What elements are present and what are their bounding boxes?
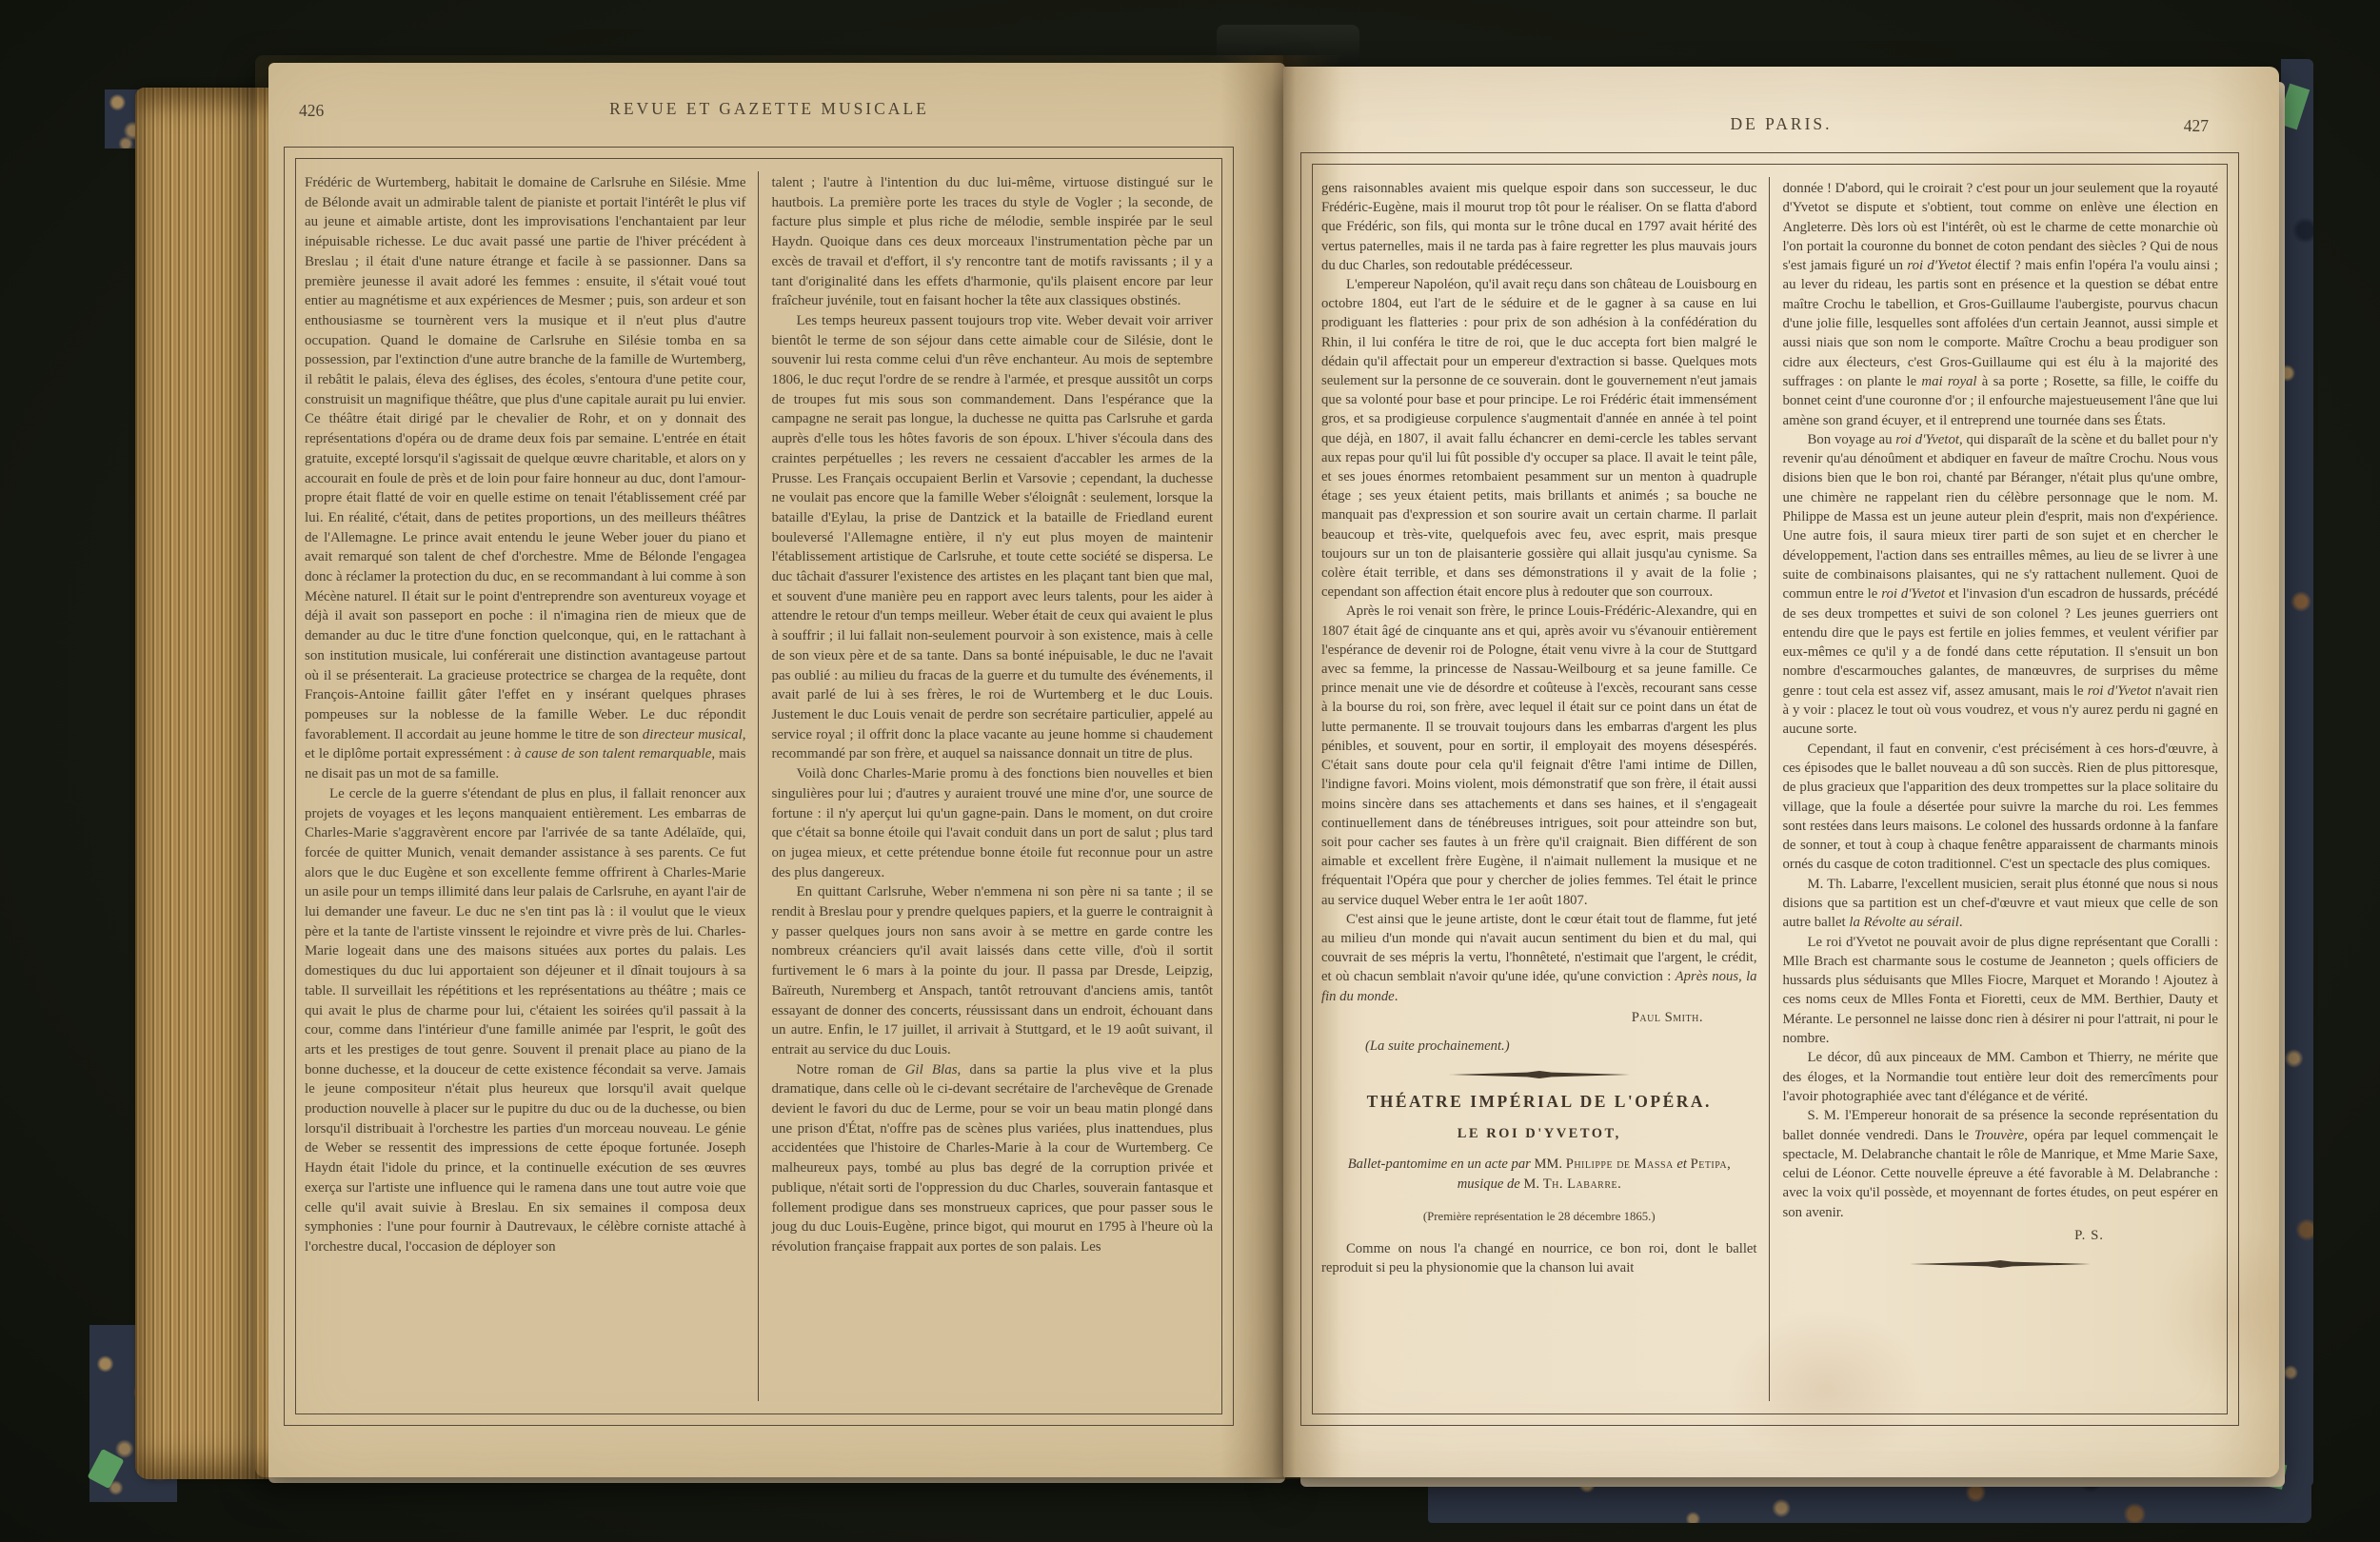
running-head-right: DE PARIS. xyxy=(1283,114,2279,134)
section-divider xyxy=(1449,1071,1630,1078)
paragraph: Voilà donc Charles-Marie promu à des fon… xyxy=(772,764,1214,882)
book-cover-edge xyxy=(2281,59,2313,1487)
paragraph: gens raisonnables avaient mis quelque es… xyxy=(1321,179,1757,275)
text-columns: gens raisonnables avaient mis quelque es… xyxy=(1318,177,2222,1401)
column-2: talent ; l'autre à l'intention du duc lu… xyxy=(758,171,1218,1401)
paragraph: Notre roman de Gil Blas, dans sa partie … xyxy=(772,1060,1214,1257)
article-venue-heading: THÉATRE IMPÉRIAL DE L'OPÉRA. xyxy=(1321,1092,1757,1111)
left-page: 426 REVUE ET GAZETTE MUSICALE Frédéric d… xyxy=(255,55,1283,1477)
article-credit-line: Ballet-pantomime en un acte par MM. Phil… xyxy=(1321,1156,1757,1175)
book-scan: 426 REVUE ET GAZETTE MUSICALE Frédéric d… xyxy=(0,0,2380,1542)
paragraph: Les temps heureux passent toujours trop … xyxy=(772,311,1214,764)
right-page: 427 DE PARIS. gens raisonnables avaient … xyxy=(1283,67,2279,1477)
column-1: gens raisonnables avaient mis quelque es… xyxy=(1318,177,1769,1401)
paragraph: donnée ! D'abord, qui le croirait ? c'es… xyxy=(1783,179,2219,430)
article-credit-line: musique de M. Th. Labarre. xyxy=(1321,1176,1757,1195)
paragraph: Le roi d'Yvetot ne pouvait avoir de plus… xyxy=(1783,933,2219,1049)
paragraph: Bon voyage au roi d'Yvetot, qui disparaî… xyxy=(1783,430,2219,740)
paragraph: Le décor, dû aux pinceaux de MM. Cambon … xyxy=(1783,1048,2219,1106)
paragraph: talent ; l'autre à l'intention du duc lu… xyxy=(772,173,1214,311)
author-signature: Paul Smith. xyxy=(1321,1008,1757,1027)
paragraph: C'est ainsi que le jeune artiste, dont l… xyxy=(1321,910,1757,1006)
running-head-left: REVUE ET GAZETTE MUSICALE xyxy=(255,99,1283,119)
article-header: THÉATRE IMPÉRIAL DE L'OPÉRA. LE ROI D'YV… xyxy=(1321,1092,1757,1226)
article-premiere-note: (Première représentation le 28 décembre … xyxy=(1321,1207,1757,1226)
paragraph: Le cercle de la guerre s'étendant de plu… xyxy=(305,784,746,1257)
author-signature: P. S. xyxy=(1783,1226,2219,1245)
paragraph: Frédéric de Wurtemberg, habitait le doma… xyxy=(305,173,746,784)
continuation-note: (La suite prochainement.) xyxy=(1321,1037,1757,1056)
paragraph: S. M. l'Empereur honorait de sa présence… xyxy=(1783,1106,2219,1222)
paragraph: En quittant Carlsruhe, Weber n'emmena ni… xyxy=(772,882,1214,1059)
paragraph: Cependant, il faut en convenir, c'est pr… xyxy=(1783,740,2219,875)
paragraph: Comme on nous l'a changé en nourrice, ce… xyxy=(1321,1239,1757,1277)
paragraph: Après le roi venait son frère, le prince… xyxy=(1321,602,1757,909)
column-2: donnée ! D'abord, qui le croirait ? c'es… xyxy=(1769,177,2223,1401)
text-columns: Frédéric de Wurtemberg, habitait le doma… xyxy=(301,171,1217,1401)
section-divider xyxy=(1910,1260,2091,1268)
paragraph: L'empereur Napoléon, qu'il avait reçu da… xyxy=(1321,275,1757,602)
column-1: Frédéric de Wurtemberg, habitait le doma… xyxy=(301,171,758,1401)
paragraph: M. Th. Labarre, l'excellent musicien, se… xyxy=(1783,875,2219,933)
article-title: LE ROI D'YVETOT, xyxy=(1321,1124,1757,1143)
